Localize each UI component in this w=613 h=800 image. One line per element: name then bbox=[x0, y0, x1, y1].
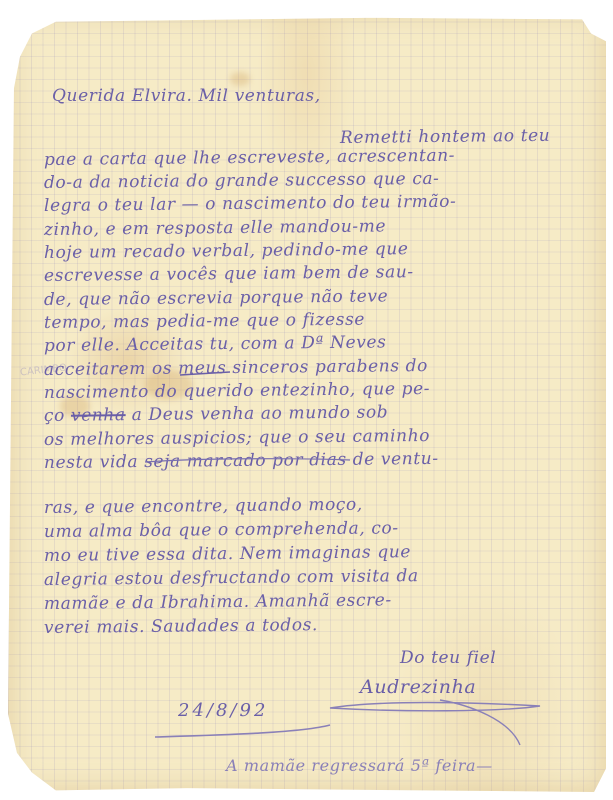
letter-line: mamãe e da Ibrahima. Amanhã escre- bbox=[44, 590, 392, 614]
line-suffix: a Deus venha ao mundo sob bbox=[126, 402, 389, 425]
letter-line: uma alma bôa que o comprehenda, co- bbox=[44, 518, 399, 542]
letter-line: do-a da noticia do grande successo que c… bbox=[44, 169, 440, 193]
letter-line: tempo, mas pedia-me que o fizesse bbox=[44, 310, 365, 333]
letter-line: nascimento do querido entezinho, que pe- bbox=[44, 379, 430, 403]
line-prefix: ço bbox=[44, 406, 71, 426]
scanned-letter: CARIMBO Querida Elvira. Mil venturas, Re… bbox=[0, 0, 613, 800]
letter-line: alegria estou desfructando com visita da bbox=[44, 566, 419, 590]
letter-closing: Do teu fiel bbox=[400, 648, 496, 668]
age-stain bbox=[230, 72, 250, 86]
letter-line-with-strikethrough: ço venha a Deus venha ao mundo sob bbox=[44, 402, 388, 426]
struck-word: venha bbox=[71, 405, 126, 426]
letter-line: mo eu tive essa dita. Nem imaginas que bbox=[44, 542, 411, 566]
letter-line: acceitarem os meus sinceros parabens do bbox=[44, 356, 428, 380]
letter-line: zinho, e em resposta elle mandou-me bbox=[44, 216, 386, 240]
letter-date: 24/8/92 bbox=[178, 700, 268, 721]
letter-line: os melhores auspicios; que o seu caminho bbox=[44, 426, 430, 450]
letter-postscript: A mamãe regressará 5ª feira— bbox=[226, 756, 493, 775]
letter-greeting: Querida Elvira. Mil venturas, bbox=[52, 86, 321, 106]
letter-line: ras, e que encontre, quando moço, bbox=[44, 495, 363, 518]
letter-line: Remetti hontem ao teu bbox=[340, 126, 551, 148]
letter-line: hoje um recado verbal, pedindo-me que bbox=[44, 239, 409, 263]
letter-line: de, que não escrevia porque não teve bbox=[44, 286, 388, 310]
letter-line: por elle. Acceitas tu, com a Dª Neves bbox=[44, 332, 387, 356]
letter-line: escrevesse a vocês que iam bem de sau- bbox=[44, 262, 414, 286]
letter-signature: Audrezinha bbox=[360, 676, 476, 698]
letter-line: nesta vida seja marcado por dias de vent… bbox=[44, 449, 439, 473]
letter-line: verei mais. Saudades a todos. bbox=[44, 615, 318, 638]
